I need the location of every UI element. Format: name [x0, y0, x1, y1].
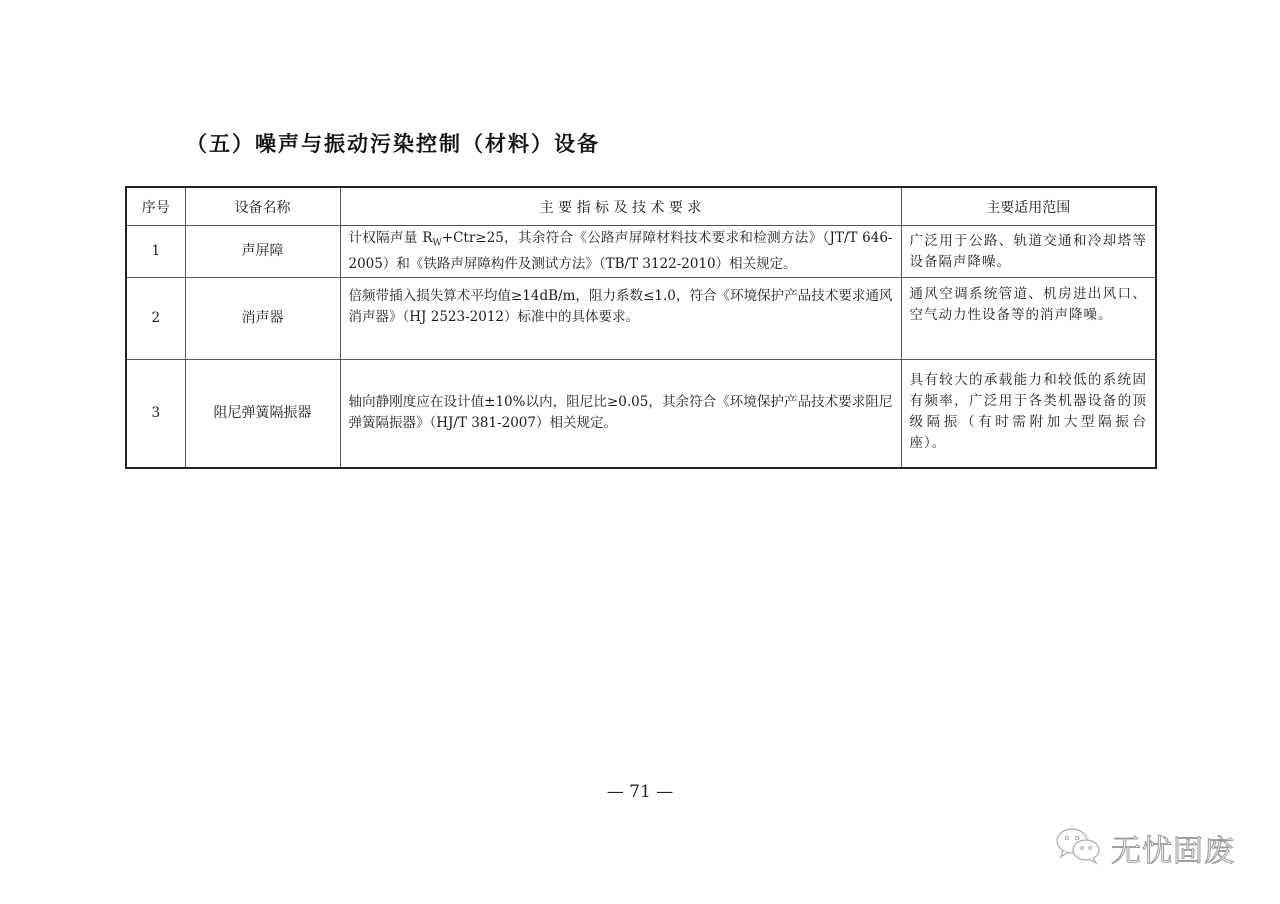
equipment-table: 序号 设备名称 主 要 指 标 及 技 术 要 求 主要适用范围 1 声屏障 计…	[125, 186, 1157, 469]
watermark-text: 无忧固废	[1111, 826, 1235, 870]
row-num: 2	[126, 278, 185, 360]
page-number: — 71 —	[0, 782, 1280, 802]
row-scope: 广泛用于公路、轨道交通和冷却塔等设备隔声降噪。	[901, 226, 1156, 278]
row-num: 3	[126, 360, 185, 468]
row-name: 声屏障	[185, 226, 340, 278]
wechat-icon	[1055, 826, 1103, 870]
row-name: 阻尼弹簧隔振器	[185, 360, 340, 468]
watermark: 无忧固废	[1055, 826, 1235, 870]
table-row: 3 阻尼弹簧隔振器 轴向静刚度应在设计值±10%以内，阻尼比≥0.05，其余符合…	[126, 360, 1156, 468]
header-name: 设备名称	[185, 187, 340, 226]
table-row: 1 声屏障 计权隔声量 RW+Ctr≥25，其余符合《公路声屏障材料技术要求和检…	[126, 226, 1156, 278]
header-num: 序号	[126, 187, 185, 226]
row-name: 消声器	[185, 278, 340, 360]
row-num: 1	[126, 226, 185, 278]
row-scope: 通风空调系统管道、机房进出风口、空气动力性设备等的消声降噪。	[901, 278, 1156, 360]
row-scope: 具有较大的承载能力和较低的系统固有频率，广泛用于各类机器设备的顶级隔振（有时需附…	[901, 360, 1156, 468]
section-title: （五）噪声与振动污染控制（材料）设备	[186, 128, 600, 158]
row-requirement: 轴向静刚度应在设计值±10%以内，阻尼比≥0.05，其余符合《环境保护产品技术要…	[340, 360, 901, 468]
row-requirement: 计权隔声量 RW+Ctr≥25，其余符合《公路声屏障材料技术要求和检测方法》（J…	[340, 226, 901, 278]
table-row: 2 消声器 倍频带插入损失算术平均值≥14dB/m，阻力系数≤1.0，符合《环境…	[126, 278, 1156, 360]
header-requirements: 主 要 指 标 及 技 术 要 求	[340, 187, 901, 226]
row-requirement: 倍频带插入损失算术平均值≥14dB/m，阻力系数≤1.0，符合《环境保护产品技术…	[340, 278, 901, 360]
header-scope: 主要适用范围	[901, 187, 1156, 226]
table-header-row: 序号 设备名称 主 要 指 标 及 技 术 要 求 主要适用范围	[126, 187, 1156, 226]
